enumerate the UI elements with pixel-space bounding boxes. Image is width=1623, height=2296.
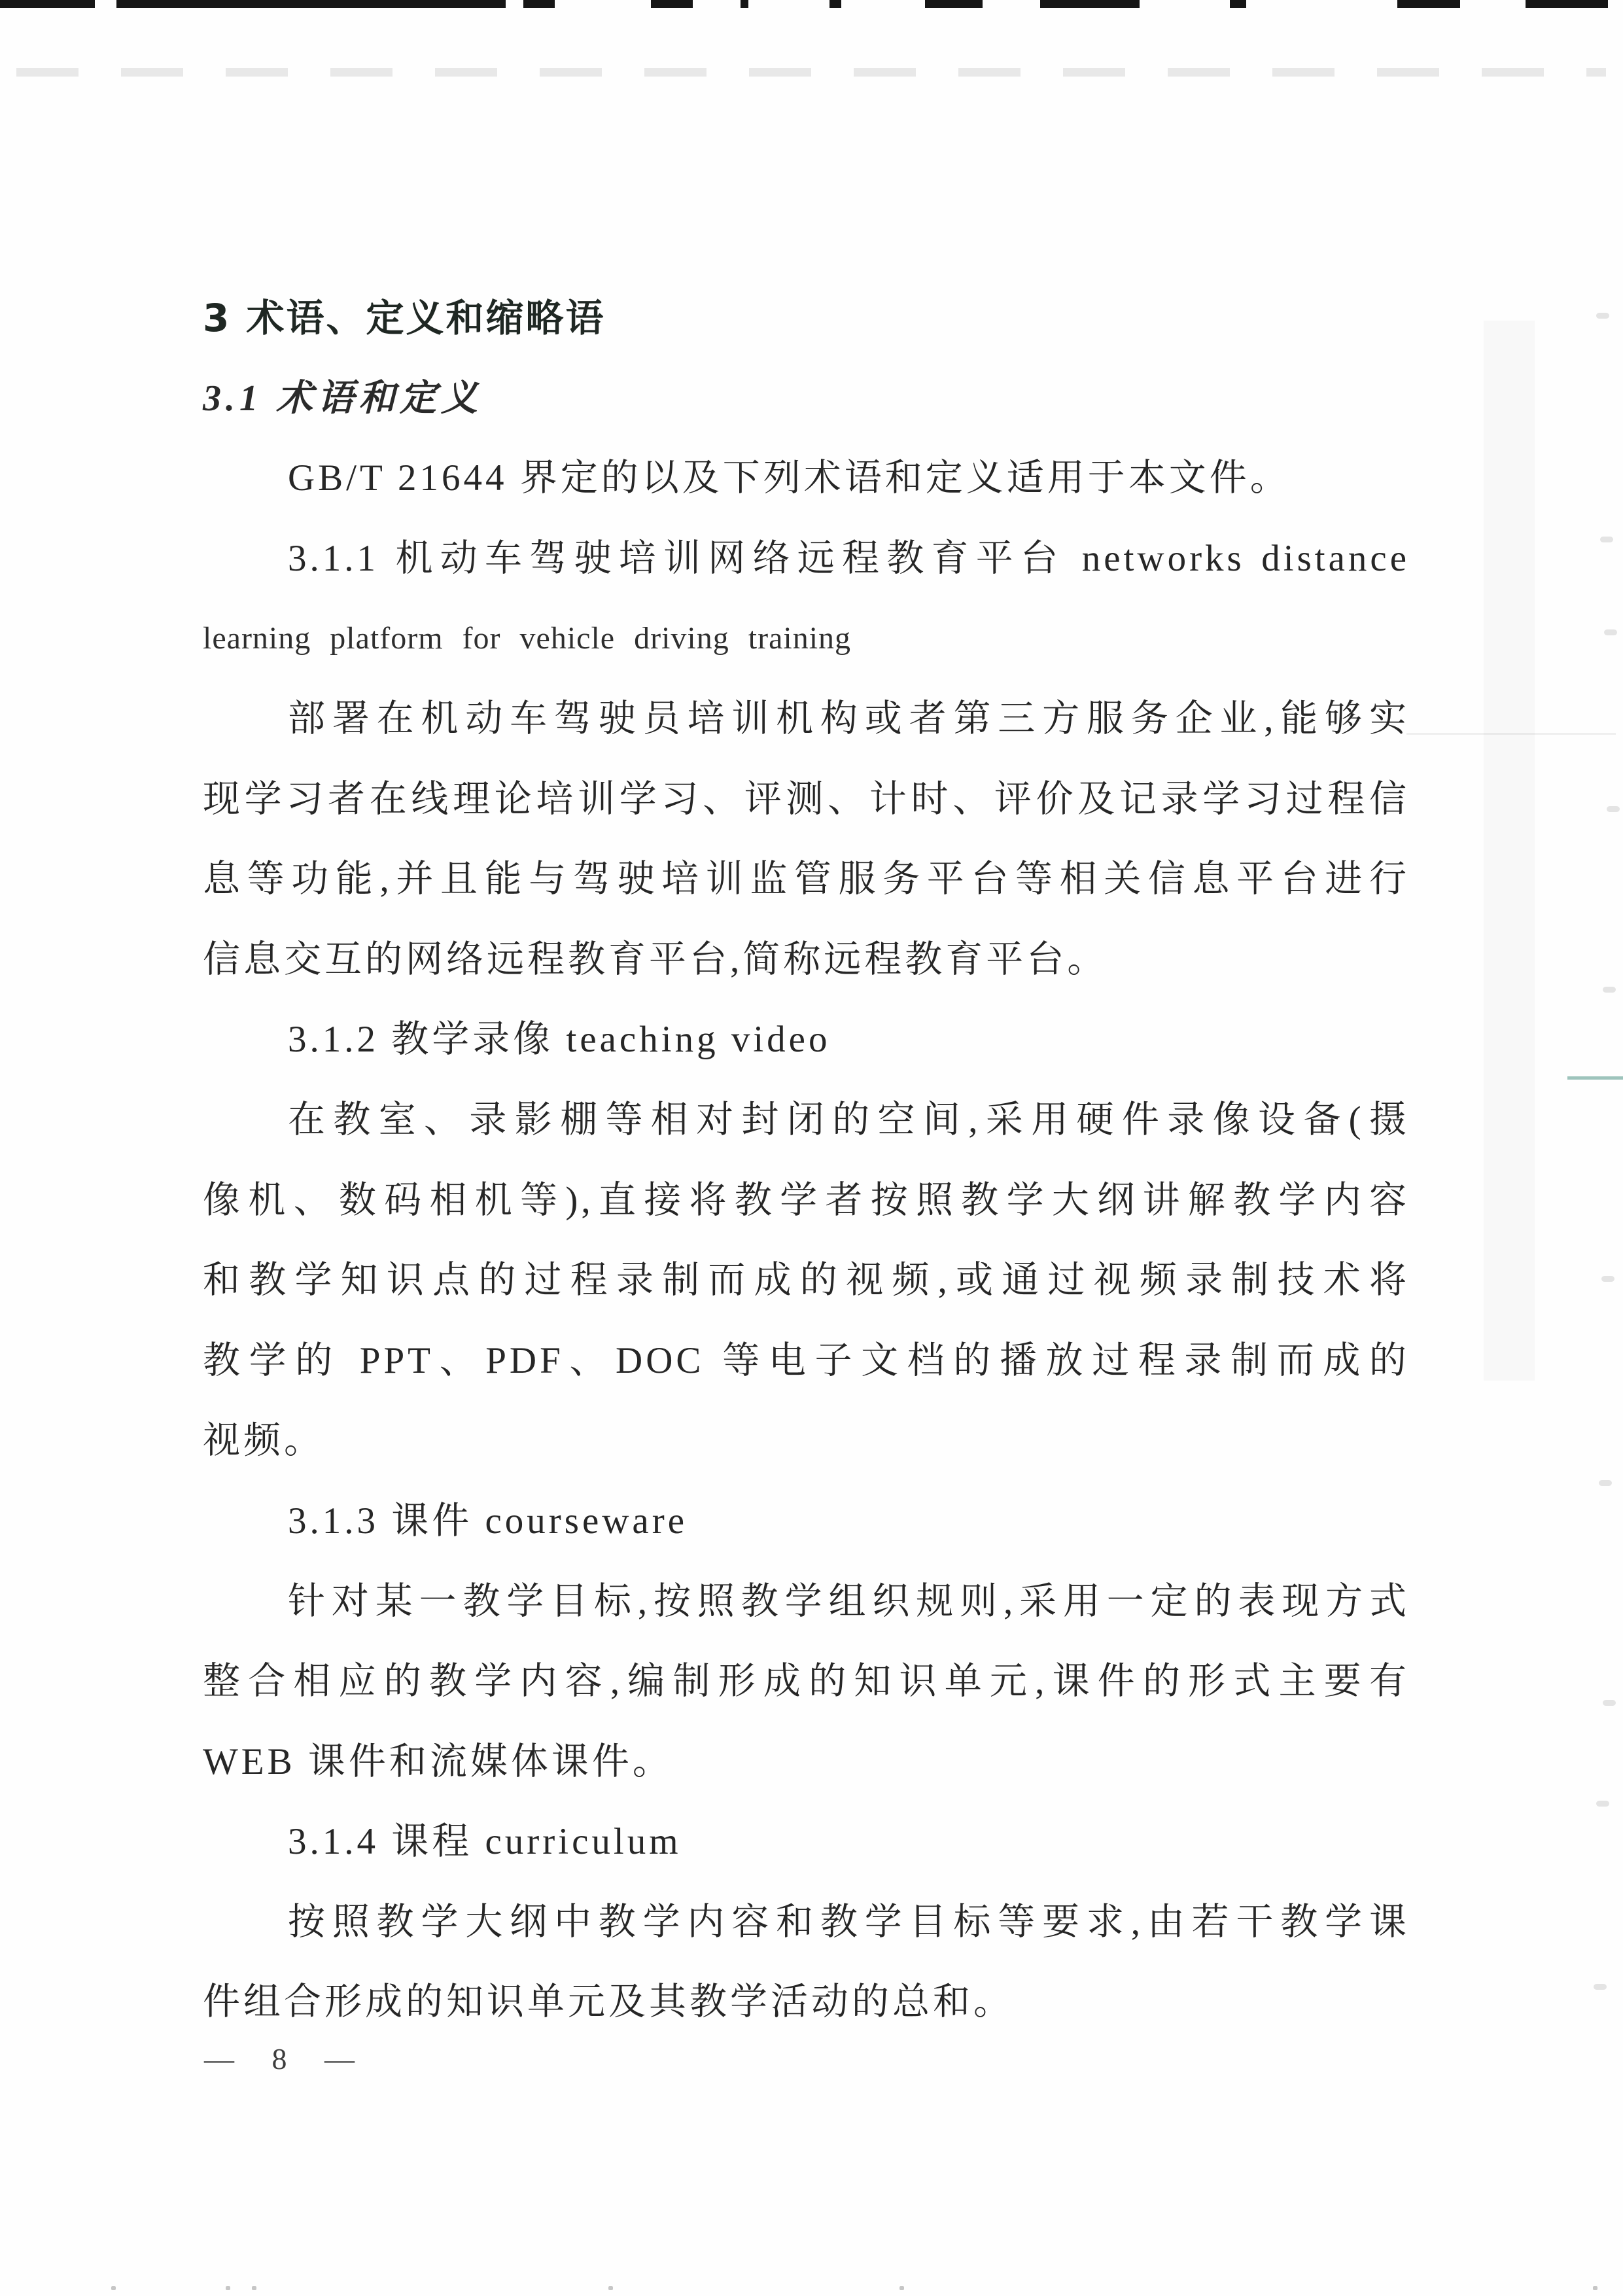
scan-artifact-smudge	[1600, 537, 1613, 542]
text-column: 3 术语、定义和缩略语3.1 术语和定义GB/T 21644 界定的以及下列术语…	[203, 278, 1410, 2043]
paragraph-line: 像机、数码相机等),直接将教学者按照教学大纲讲解教学内容	[203, 1161, 1410, 1241]
subclause-heading: 3.1 术语和定义	[203, 359, 1410, 439]
scan-artifact-segment	[829, 0, 841, 8]
scan-artifact-faint-band	[16, 68, 1606, 77]
term-heading-line: 3.1.2 教学录像 teaching video	[203, 1000, 1410, 1080]
scan-artifact-dot	[226, 2286, 230, 2290]
paragraph-line: 件组合形成的知识单元及其教学活动的总和。	[203, 1962, 1410, 2043]
scan-artifact-smudge	[1601, 1276, 1614, 1282]
paragraph-line: 在教室、录影棚等相对封闭的空间,采用硬件录像设备(摄	[203, 1080, 1410, 1161]
scan-artifact-smudge	[1596, 1801, 1609, 1807]
scan-artifact-smudge	[1604, 629, 1617, 635]
paragraph-line: 息等功能,并且能与驾驶培训监管服务平台等相关信息平台进行	[203, 839, 1410, 920]
clause-heading: 3 术语、定义和缩略语	[203, 278, 1410, 359]
paragraph-line: 教学的 PPT、PDF、DOC 等电子文档的播放过程录制而成的	[203, 1321, 1410, 1402]
scan-artifact-smudge	[1603, 987, 1616, 993]
scan-artifact-dot	[608, 2286, 613, 2290]
paragraph-line: 部署在机动车驾驶员培训机构或者第三方服务企业,能够实	[203, 679, 1410, 760]
scan-artifact-segment	[523, 0, 555, 8]
scan-artifact-segment	[0, 0, 95, 8]
document-page: 3 术语、定义和缩略语3.1 术语和定义GB/T 21644 界定的以及下列术语…	[0, 0, 1623, 2296]
page-number: — 8 —	[204, 2041, 358, 2076]
scan-artifact-dot	[1593, 2286, 1597, 2290]
scan-artifact-segment	[741, 0, 748, 8]
paragraph-line: 按照教学大纲中教学内容和教学目标等要求,由若干教学课	[203, 1882, 1410, 1963]
scan-artifact-segment	[116, 0, 506, 8]
scan-artifact-segment	[651, 0, 693, 8]
paragraph-line: 整合相应的教学内容,编制形成的知识单元,课件的形式主要有	[203, 1642, 1410, 1722]
term-heading-line: 3.1.4 课程 curriculum	[203, 1802, 1410, 1882]
paragraph-line: 现学习者在线理论培训学习、评测、计时、评价及记录学习过程信	[203, 760, 1410, 840]
scan-artifact-smudge	[1596, 313, 1609, 319]
scan-artifact-segment	[1040, 0, 1140, 8]
paragraph-line: 视频。	[203, 1401, 1410, 1481]
paragraph-line: 信息交互的网络远程教育平台,简称远程教育平台。	[203, 920, 1410, 1000]
term-english-line: learning platform for vehicle driving tr…	[203, 599, 1410, 679]
term-heading-line: 3.1.3 课件 courseware	[203, 1481, 1410, 1562]
term-heading-line: 3.1.1 机动车驾驶培训网络远程教育平台 networks distance	[203, 519, 1410, 599]
scan-artifact-smudge	[1603, 1700, 1616, 1706]
scan-artifact-dot	[252, 2286, 256, 2290]
intro-line: GB/T 21644 界定的以及下列术语和定义适用于本文件。	[203, 438, 1410, 519]
paragraph-line: 针对某一教学目标,按照教学组织规则,采用一定的表现方式	[203, 1562, 1410, 1642]
scan-artifact-right-band	[1484, 321, 1535, 1381]
scan-artifact-segment	[1526, 0, 1608, 8]
paragraph-line: 和教学知识点的过程录制而成的视频,或通过视频录制技术将	[203, 1241, 1410, 1321]
paragraph-line: WEB 课件和流媒体课件。	[203, 1722, 1410, 1803]
scan-artifact-teal-line	[1567, 1076, 1623, 1080]
scan-artifact-segment	[1397, 0, 1460, 8]
scan-artifact-segment	[1230, 0, 1246, 8]
scan-artifact-right-streak	[1406, 733, 1616, 735]
scan-artifact-smudge	[1607, 806, 1620, 812]
scan-artifact-segment	[925, 0, 983, 8]
scan-artifact-dot	[111, 2286, 116, 2290]
scan-artifact-smudge	[1599, 1480, 1612, 1486]
scan-artifact-dot	[899, 2286, 904, 2290]
scan-artifact-smudge	[1594, 1984, 1607, 1990]
